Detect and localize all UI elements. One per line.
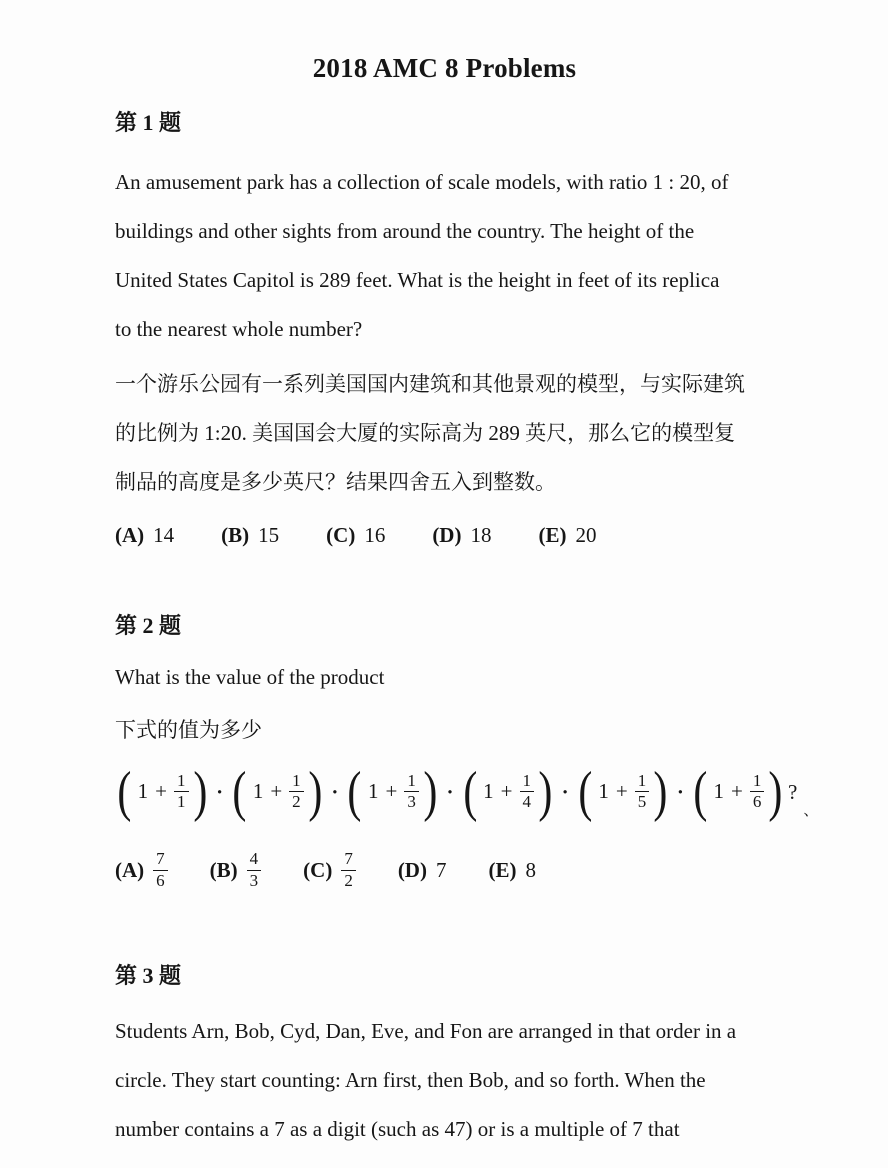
- problem-1: 第 1 题 An amusement park has a collection…: [115, 108, 774, 555]
- fraction: 16: [750, 771, 765, 812]
- fraction: 11: [174, 771, 189, 812]
- right-paren: ): [308, 767, 322, 817]
- left-paren: (: [117, 767, 131, 817]
- choice-fraction: 72: [341, 849, 356, 890]
- choice-value: 16: [364, 515, 385, 555]
- problem-2-english-text: What is the value of the product: [115, 653, 774, 702]
- choice-label: (C): [303, 858, 332, 883]
- formula-factor-5: ( 1 + 15 ): [576, 767, 670, 817]
- dun-mark: 、: [803, 799, 818, 820]
- problem-2: 第 2 题 What is the value of the product 下…: [115, 611, 774, 899]
- choice-label: (D): [398, 858, 427, 883]
- left-paren: (: [233, 767, 247, 817]
- choice-b: (B)15: [221, 515, 279, 555]
- choice-value: 15: [258, 515, 279, 555]
- formula-factor-2: ( 1 + 12 ): [230, 767, 324, 817]
- choice-label: (C): [326, 515, 355, 555]
- problem-1-choices: (A)14 (B)15 (C)16 (D)18 (E)20: [115, 515, 774, 555]
- problem-3-heading: 第 3 题: [115, 961, 774, 991]
- choice-e: (E)20: [538, 515, 596, 555]
- problem-3-english-text: Students Arn, Bob, Cyd, Dan, Eve, and Fo…: [115, 1007, 774, 1154]
- problem-1-english-text: An amusement park has a collection of sc…: [115, 158, 774, 354]
- choice-value: 14: [153, 515, 174, 555]
- right-paren: ): [654, 767, 668, 817]
- formula-tail: ? 、: [785, 780, 812, 805]
- choice-e: (E)8: [488, 858, 536, 883]
- right-paren: ): [769, 767, 783, 817]
- problem-1-heading: 第 1 题: [115, 108, 774, 138]
- problem-2-heading: 第 2 题: [115, 611, 774, 641]
- left-paren: (: [348, 767, 362, 817]
- multiply-dot: ·: [562, 780, 569, 805]
- right-paren: ): [193, 767, 207, 817]
- problem-2-chinese-text: 下式的值为多少: [115, 706, 774, 755]
- formula-factor-1: ( 1 + 11 ): [115, 767, 209, 817]
- formula-factor-6: ( 1 + 16 ): [691, 767, 785, 817]
- fraction: 13: [404, 771, 419, 812]
- document-page: 2018 AMC 8 Problems 第 1 题 An amusement p…: [0, 0, 888, 1168]
- left-paren: (: [463, 767, 477, 817]
- choice-label: (B): [210, 858, 238, 883]
- fraction: 15: [635, 771, 650, 812]
- choice-value: 18: [470, 515, 491, 555]
- choice-a: (A)14: [115, 515, 174, 555]
- problem-1-chinese-text: 一个游乐公园有一系列美国国内建筑和其他景观的模型，与实际建筑 的比例为 1:20…: [115, 360, 774, 507]
- choice-c: (C)72: [303, 849, 356, 890]
- formula-factor-4: ( 1 + 14 ): [461, 767, 555, 817]
- right-paren: ): [538, 767, 552, 817]
- multiply-dot: ·: [216, 780, 223, 805]
- choice-label: (E): [538, 515, 566, 555]
- multiply-dot: ·: [447, 780, 454, 805]
- page-title: 2018 AMC 8 Problems: [115, 50, 774, 86]
- choice-value: 7: [436, 858, 447, 883]
- left-paren: (: [578, 767, 592, 817]
- problem-2-choices: (A)76 (B)43 (C)72 (D)7 (E)8: [115, 841, 774, 899]
- multiply-dot: ·: [331, 780, 338, 805]
- choice-a: (A)76: [115, 849, 168, 890]
- choice-label: (E): [488, 858, 516, 883]
- choice-value: 20: [575, 515, 596, 555]
- choice-value: 8: [525, 858, 536, 883]
- left-paren: (: [693, 767, 707, 817]
- choice-c: (C)16: [326, 515, 385, 555]
- fraction: 14: [520, 771, 535, 812]
- choice-label: (D): [432, 515, 461, 555]
- product-formula: ( 1 + 11 ) · ( 1 + 12 ) · ( 1 + 13 ): [115, 761, 774, 823]
- choice-fraction: 76: [153, 849, 168, 890]
- choice-fraction: 43: [247, 849, 262, 890]
- choice-label: (A): [115, 515, 144, 555]
- question-mark: ?: [788, 780, 797, 805]
- choice-b: (B)43: [210, 849, 262, 890]
- choice-label: (A): [115, 858, 144, 883]
- formula-factor-3: ( 1 + 13 ): [345, 767, 439, 817]
- problem-3: 第 3 题 Students Arn, Bob, Cyd, Dan, Eve, …: [115, 961, 774, 1154]
- choice-label: (B): [221, 515, 249, 555]
- fraction: 12: [289, 771, 304, 812]
- multiply-dot: ·: [677, 780, 684, 805]
- right-paren: ): [423, 767, 437, 817]
- choice-d: (D)7: [398, 858, 447, 883]
- choice-d: (D)18: [432, 515, 491, 555]
